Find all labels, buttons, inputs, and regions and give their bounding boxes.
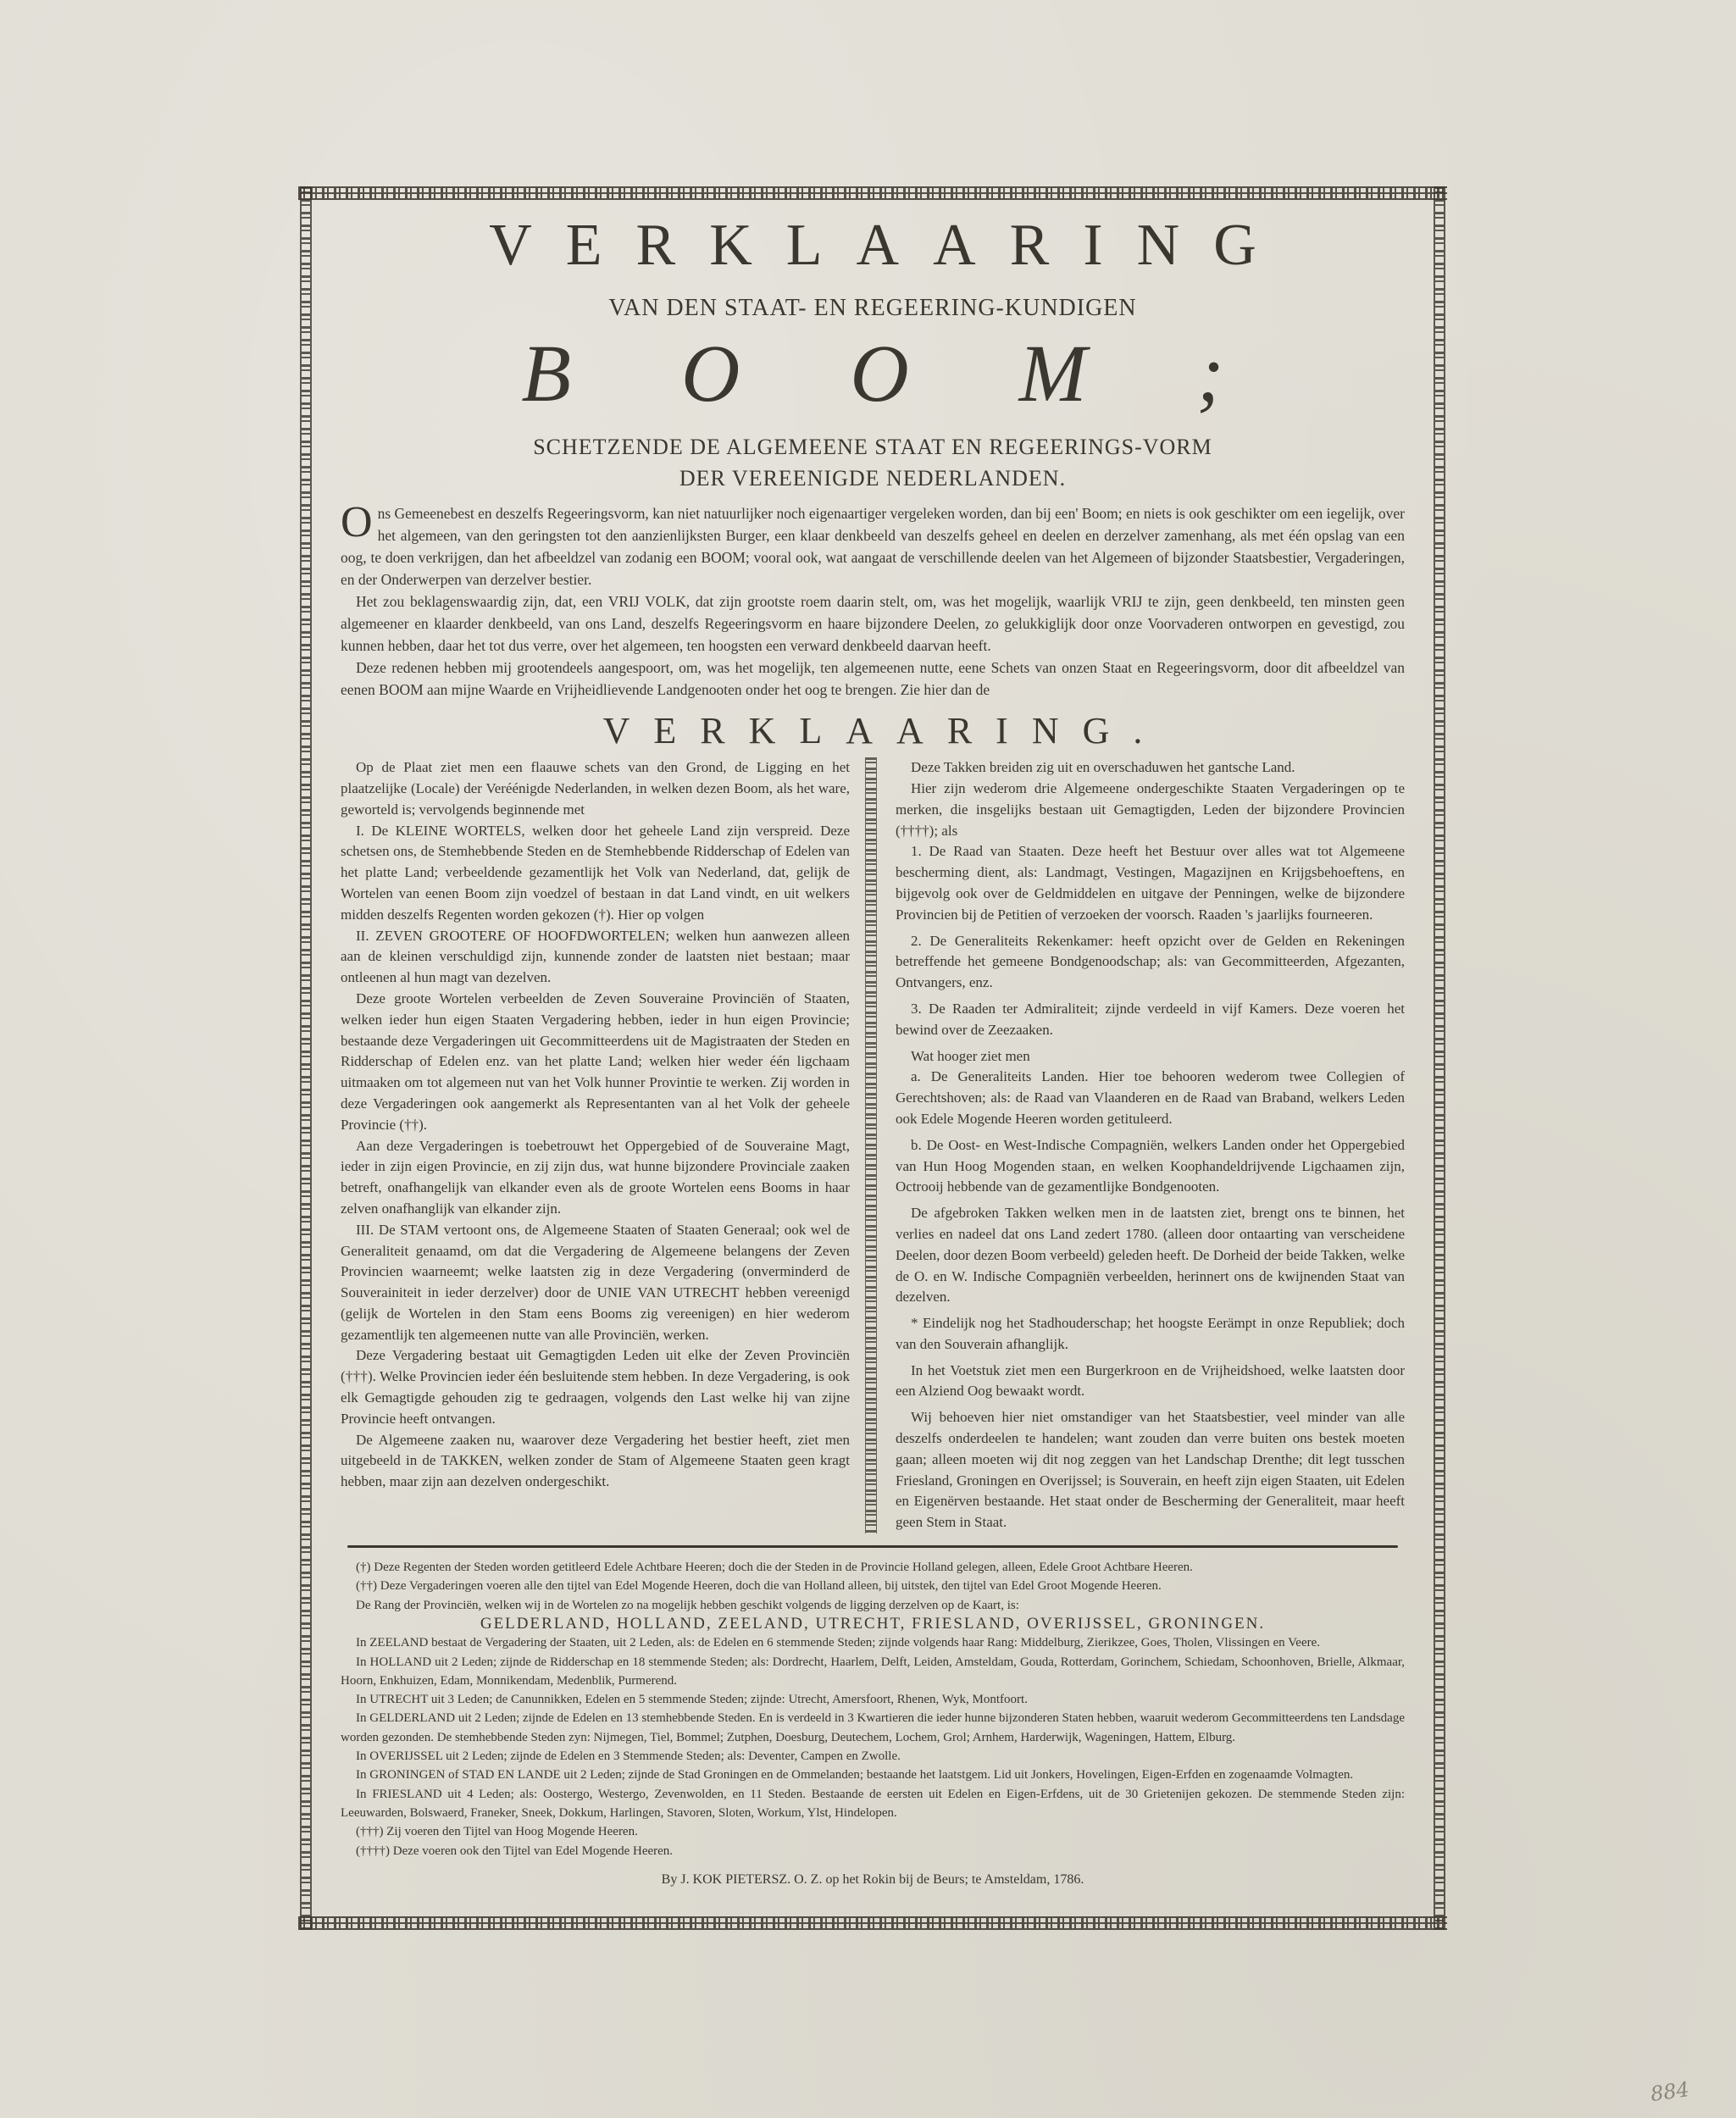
note-overijssel: In OVERIJSSEL uit 2 Leden; zijnde de Ede… bbox=[341, 1747, 1405, 1766]
document-subhead: SCHETZENDE DE ALGEMEENE STAAT EN REGEERI… bbox=[341, 432, 1405, 494]
drop-cap: O bbox=[341, 504, 373, 541]
broadside-frame: VERKLAARING VAN DEN STAAT- EN REGEERING-… bbox=[298, 186, 1447, 1930]
intro-paragraph-2: Het zou beklagenswaardig zijn, dat, een … bbox=[341, 590, 1405, 657]
footnote-dagger-1: (†) Deze Regenten der Steden worden geti… bbox=[341, 1558, 1405, 1577]
footnote-dagger-3: (†††) Zij voeren den Tijtel van Hoog Mog… bbox=[341, 1822, 1405, 1841]
right-paragraph: * Eindelijk nog het Stadhouderschap; het… bbox=[896, 1313, 1405, 1356]
right-paragraph: Wat hooger ziet men bbox=[896, 1046, 1405, 1067]
left-paragraph: II. ZEVEN GROOTERE OF HOOFDWORTELEN; wel… bbox=[341, 926, 850, 989]
right-paragraph: 3. De Raaden ter Admiraliteit; zijnde ve… bbox=[896, 999, 1405, 1041]
subhead-line-1: SCHETZENDE DE ALGEMEENE STAAT EN REGEERI… bbox=[341, 432, 1405, 463]
left-paragraph: Aan deze Vergaderingen is toebetrouwt he… bbox=[341, 1136, 850, 1220]
right-paragraph: De afgebroken Takken welken men in de la… bbox=[896, 1203, 1405, 1308]
footnotes: (†) Deze Regenten der Steden worden geti… bbox=[341, 1558, 1405, 1860]
note-friesland: In FRIESLAND uit 4 Leden; als: Oostergo,… bbox=[341, 1785, 1405, 1823]
footnote-rang: De Rang der Provinciën, welken wij in de… bbox=[341, 1596, 1405, 1615]
note-gelderland: In GELDERLAND uit 2 Leden; zijnde de Ede… bbox=[341, 1709, 1405, 1747]
section-title-verklaring: VERKLAARING. bbox=[341, 709, 1405, 752]
footnote-dagger-4: (††††) Deze voeren ook den Tijtel van Ed… bbox=[341, 1842, 1405, 1860]
note-utrecht: In UTRECHT uit 3 Leden; de Canunnikken, … bbox=[341, 1690, 1405, 1709]
boom-heading: BOOM; bbox=[341, 327, 1405, 420]
ornamental-border-left bbox=[300, 186, 312, 1930]
horizontal-rule bbox=[347, 1545, 1398, 1548]
intro-paragraph-1: Ons Gemeenebest en deszelfs Regeeringsvo… bbox=[341, 502, 1405, 590]
right-column: Deze Takken breiden zig uit en overschad… bbox=[877, 757, 1405, 1533]
left-paragraph: Op de Plaat ziet men een flaauwe schets … bbox=[341, 757, 850, 820]
right-paragraph: Wij behoeven hier niet omstandiger van h… bbox=[896, 1407, 1405, 1533]
left-paragraph: I. De KLEINE WORTELS, welken door het ge… bbox=[341, 821, 850, 926]
right-paragraph: Hier zijn wederom drie Algemeene onderge… bbox=[896, 779, 1405, 841]
left-column: Op de Plaat ziet men een flaauwe schets … bbox=[341, 757, 865, 1533]
pencil-inventory-mark: 884 bbox=[1649, 2077, 1690, 2106]
ornamental-border-top bbox=[298, 186, 1447, 200]
note-holland: In HOLLAND uit 2 Leden; zijnde de Ridder… bbox=[341, 1653, 1405, 1691]
right-paragraph: 2. De Generaliteits Rekenkamer: heeft op… bbox=[896, 931, 1405, 994]
introduction: Ons Gemeenebest en deszelfs Regeeringsvo… bbox=[341, 502, 1405, 701]
ornamental-column-divider bbox=[865, 757, 877, 1533]
ornamental-border-bottom bbox=[298, 1916, 1447, 1930]
left-paragraph: Deze Vergadering bestaat uit Gemagtigden… bbox=[341, 1345, 850, 1429]
right-paragraph: b. De Oost- en West-Indische Compagniën,… bbox=[896, 1135, 1405, 1198]
left-paragraph: Deze groote Wortelen verbeelden de Zeven… bbox=[341, 989, 850, 1136]
left-paragraph: De Algemeene zaaken nu, waarover deze Ve… bbox=[341, 1430, 850, 1493]
right-paragraph: 1. De Raad van Staaten. Deze heeft het B… bbox=[896, 841, 1405, 925]
subhead-line-2: DER VEREENIGDE NEDERLANDEN. bbox=[341, 463, 1405, 494]
left-paragraph: III. De STAM vertoont ons, de Algemeene … bbox=[341, 1220, 850, 1346]
two-column-body: Op de Plaat ziet men een flaauwe schets … bbox=[341, 757, 1405, 1533]
note-groningen: In GRONINGEN of STAD EN LANDE uit 2 Lede… bbox=[341, 1766, 1405, 1784]
right-paragraph: a. De Generaliteits Landen. Hier toe beh… bbox=[896, 1067, 1405, 1129]
document-title: VERKLAARING bbox=[341, 212, 1405, 280]
intro-paragraph-1-text: ns Gemeenebest en deszelfs Regeeringsvor… bbox=[341, 505, 1405, 588]
right-paragraph: In het Voetstuk ziet men een Burgerkroon… bbox=[896, 1361, 1405, 1403]
footnote-dagger-2: (††) Deze Vergaderingen voeren alle den … bbox=[341, 1577, 1405, 1595]
note-zeeland: In ZEELAND bestaat de Vergadering der St… bbox=[341, 1633, 1405, 1652]
broadside-content: VERKLAARING VAN DEN STAAT- EN REGEERING-… bbox=[341, 203, 1405, 1913]
document-subtitle: VAN DEN STAAT- EN REGEERING-KUNDIGEN bbox=[341, 295, 1405, 322]
right-paragraph: Deze Takken breiden zig uit en overschad… bbox=[896, 757, 1405, 779]
printer-imprint: By J. KOK PIETERSZ. O. Z. op het Rokin b… bbox=[341, 1872, 1405, 1888]
intro-paragraph-3: Deze redenen hebben mij grootendeels aan… bbox=[341, 657, 1405, 701]
ornamental-border-right bbox=[1434, 186, 1445, 1930]
province-list: GELDERLAND, HOLLAND, ZEELAND, UTRECHT, F… bbox=[341, 1615, 1405, 1633]
